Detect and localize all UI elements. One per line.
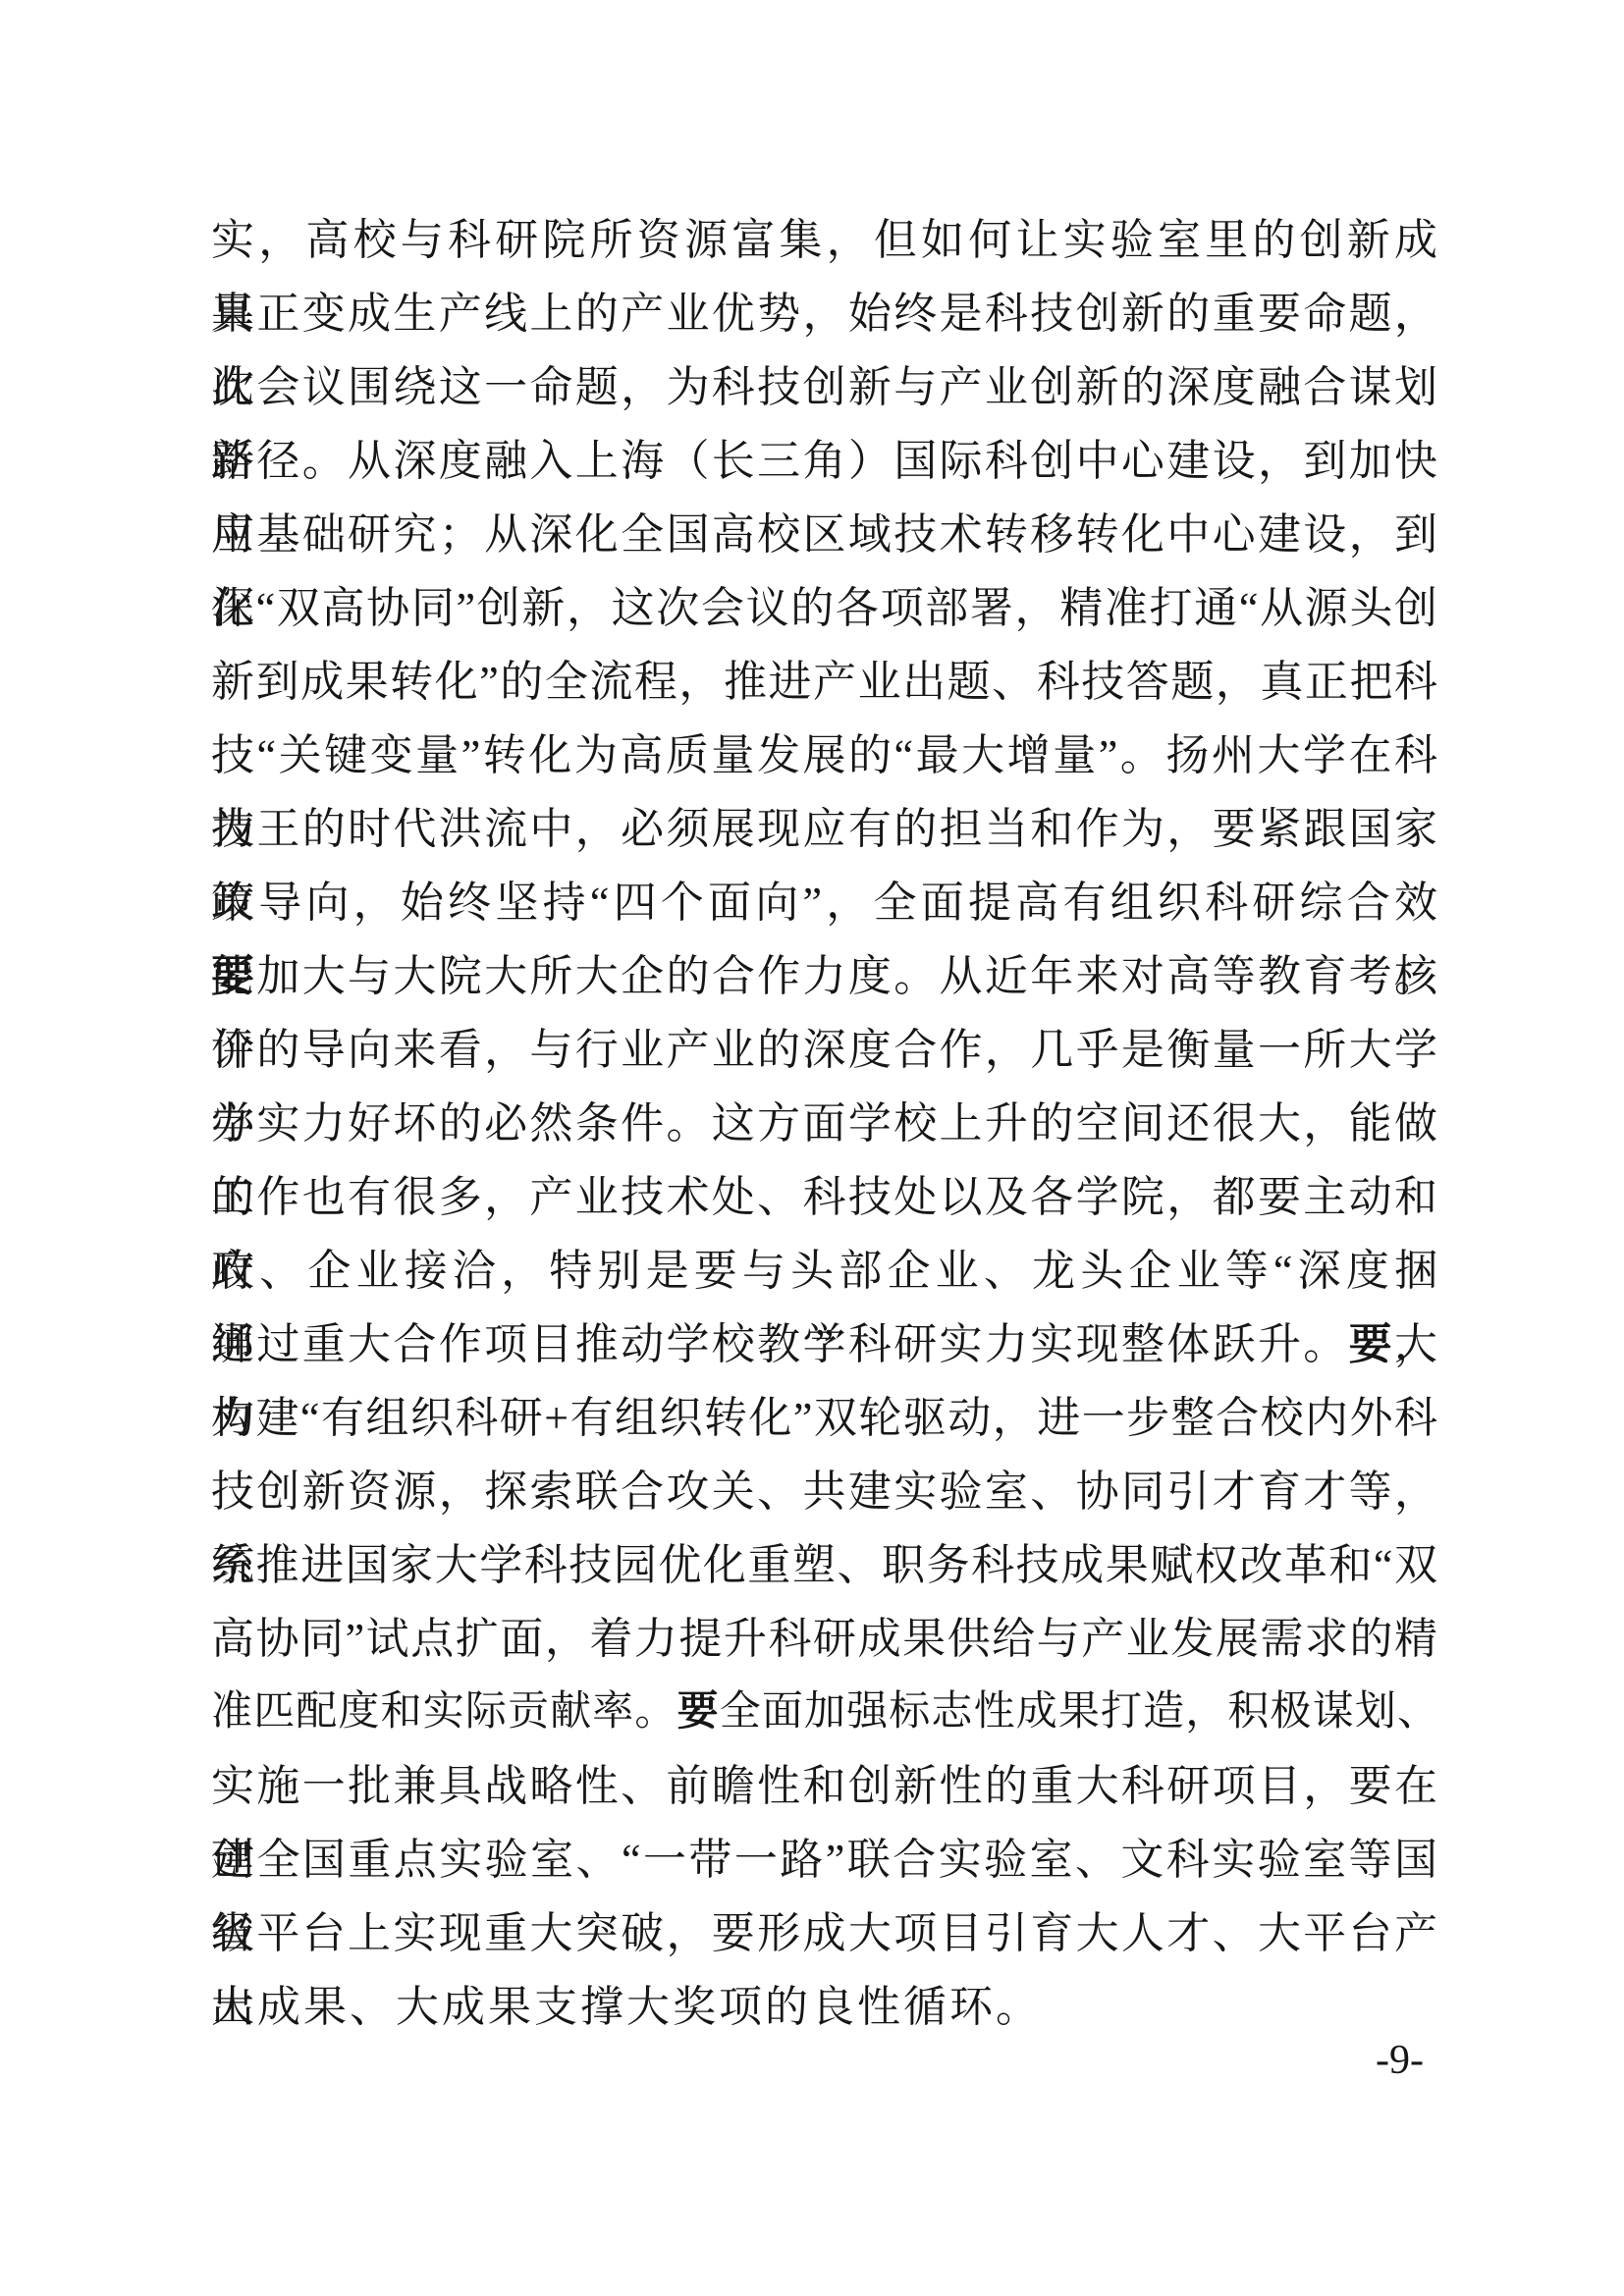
body-text: 化“双高协同”创新，这次会议的各项部署，精准打通“从源头创 [211, 584, 1438, 632]
body-text: 通过重大合作项目推动学校教学科研实力实现整体跃升。 [211, 1320, 1349, 1368]
body-text: 构建“有组织科研+有组织转化”双轮驱动，进一步整合校内外科 [211, 1394, 1438, 1442]
text-line: 化“双高协同”创新，这次会议的各项部署，精准打通“从源头创 [211, 571, 1438, 645]
text-line: 级平台上实现重大突破，要形成大项目引育大人才、大平台产出 [211, 1896, 1438, 1970]
text-line: 准匹配度和实际贡献率。要全面加强标志性成果打造，积极谋划、 [211, 1676, 1438, 1749]
text-line: 学实力好坏的必然条件。这方面学校上升的空间还很大，能做的 [211, 1087, 1438, 1160]
body-text: 全面加强标志性成果打造，积极谋划、 [720, 1689, 1438, 1735]
body-text: 准匹配度和实际贡献率。 [211, 1689, 677, 1735]
text-line: 新到成果转化”的全流程，推进产业出题、科技答题，真正把科 [211, 645, 1438, 719]
body-text: 新到成果转化”的全流程，推进产业出题、科技答题，真正把科 [211, 658, 1438, 706]
emphasis-text: 要 [1349, 1320, 1394, 1368]
text-line: 次会议围绕这一命题，为科技创新与产业创新的深度融合谋划新 [211, 350, 1438, 424]
text-line: 统推进国家大学科技园优化重塑、职务科技成果赋权改革和“双 [211, 1528, 1438, 1602]
page-text: 实，高校与科研院所资源富集，但如何让实验室里的创新成果，真正变成生产线上的产业优… [211, 203, 1438, 2044]
text-line: 工作也有很多，产业技术处、科技处以及各学院，都要主动和政 [211, 1160, 1438, 1234]
text-line: 技“关键变量”转化为高质量发展的“最大增量”。扬州大学在科技 [211, 719, 1438, 792]
text-line: 为王的时代洪流中，必须展现应有的担当和作为，要紧跟国家政 [211, 792, 1438, 866]
body-text: 高协同”试点扩面，着力提升科研成果供给与产业发展需求的精 [211, 1615, 1438, 1663]
text-line: 通过重大合作项目推动学校教学科研实力实现整体跃升。要大力 [211, 1308, 1438, 1381]
text-line: 府、企业接洽，特别是要与头部企业、龙头企业等“深度捆绑”， [211, 1234, 1438, 1308]
body-text: 大成果、大成果支撑大奖项的良性循环。 [211, 1983, 1042, 2031]
text-line: 技创新资源，探索联合攻关、共建实验室、协同引才育才等，系 [211, 1455, 1438, 1528]
emphasis-text: 要 [677, 1689, 720, 1735]
text-line: 大成果、大成果支撑大奖项的良性循环。 [211, 1970, 1438, 2044]
emphasis-text: 要 [211, 952, 256, 1000]
text-line: 实，高校与科研院所资源富集，但如何让实验室里的创新成果， [211, 203, 1438, 277]
text-line: 路径。从深度融入上海（长三角）国际科创中心建设，到加快应 [211, 424, 1438, 498]
text-line: 价的导向来看，与行业产业的深度合作，几乎是衡量一所大学办 [211, 1013, 1438, 1087]
text-line: 策导向，始终坚持“四个面向”，全面提高有组织科研综合效能。 [211, 866, 1438, 939]
text-line: 用基础研究；从深化全国高校区域技术转移转化中心建设，到深 [211, 498, 1438, 571]
text-line: 真正变成生产线上的产业优势，始终是科技创新的重要命题，此 [211, 277, 1438, 350]
text-line: 构建“有组织科研+有组织转化”双轮驱动，进一步整合校内外科 [211, 1381, 1438, 1455]
text-line: 高协同”试点扩面，着力提升科研成果供给与产业发展需求的精 [211, 1602, 1438, 1676]
body-text: 统推进国家大学科技园优化重塑、职务科技成果赋权改革和“双 [211, 1541, 1438, 1589]
page-number: -9- [1316, 2040, 1424, 2081]
document-page: 实，高校与科研院所资源富集，但如何让实验室里的创新成果，真正变成生产线上的产业优… [0, 0, 1624, 2296]
text-line: 实施一批兼具战略性、前瞻性和创新性的重大科研项目，要在创 [211, 1749, 1438, 1823]
text-line: 要加大与大院大所大企的合作力度。从近年来对高等教育考核评 [211, 939, 1438, 1013]
text-line: 建全国重点实验室、“一带一路”联合实验室、文科实验室等国省 [211, 1823, 1438, 1896]
